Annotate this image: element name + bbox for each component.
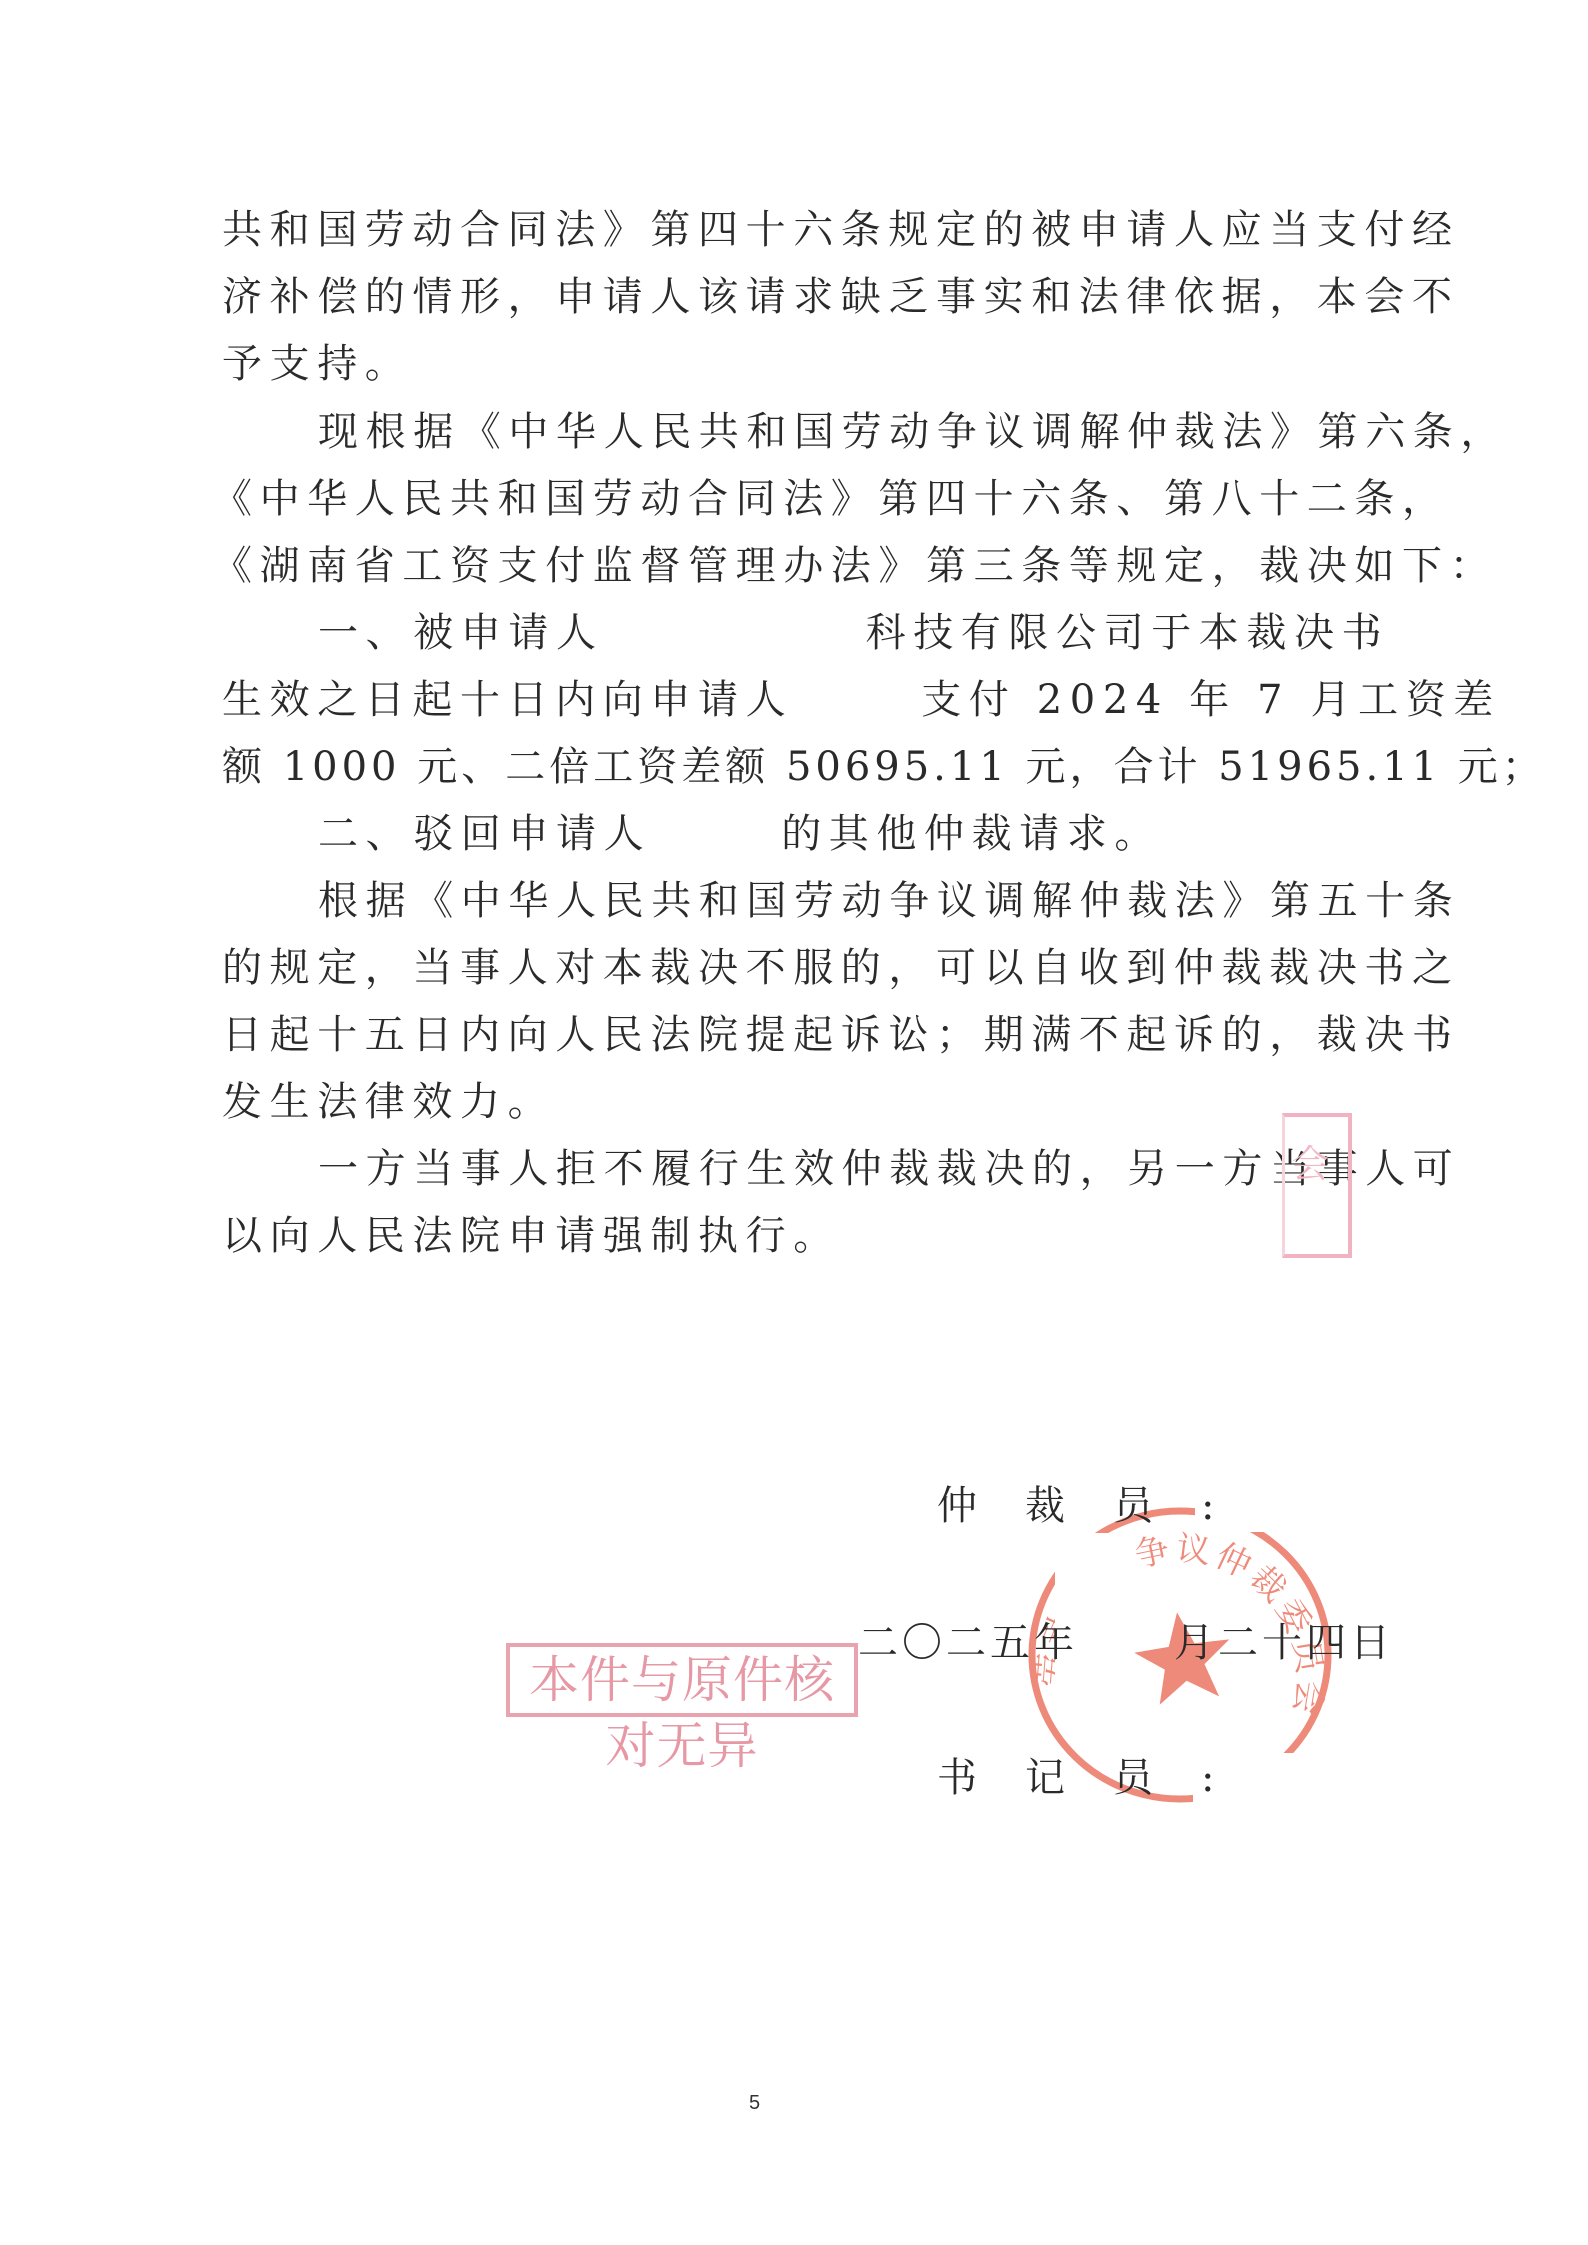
appeal-line: 的规定，当事人对本裁决不服的，可以自收到仲裁裁决书之 bbox=[222, 943, 1342, 993]
paragraph-line: 《湖南省工资支付监督管理办法》第三条等规定，裁决如下： bbox=[212, 541, 1332, 591]
paragraph-line: 现根据《中华人民共和国劳动争议调解仲裁法》第六条， bbox=[318, 407, 1438, 457]
paragraph-line: 《中华人民共和国劳动合同法》第四十六条、第八十二条， bbox=[212, 474, 1332, 524]
date-day: 月二十四日 bbox=[1174, 1620, 1394, 1666]
ruling-item-1-amounts: 额 1000 元、二倍工资差额 50695.11 元，合计 51965.11 元… bbox=[222, 742, 1342, 792]
paragraph-line: 予支持。 bbox=[222, 339, 1342, 389]
partial-seal-stamp: 会 bbox=[1282, 1113, 1352, 1258]
copy-verification-stamp: 本件与原件核对无异 bbox=[506, 1643, 858, 1717]
ruling-1-company-suffix: 科技有限公司于本裁决书 bbox=[866, 610, 1390, 656]
ruling-item-1: 一、被申请人科技有限公司于本裁决书 bbox=[318, 608, 1438, 658]
appeal-line: 日起十五日内向人民法院提起诉讼；期满不起诉的，裁决书 bbox=[222, 1010, 1342, 1060]
partial-seal-text: 会 bbox=[1291, 1133, 1329, 1188]
ruling-1-respondent-prefix: 一、被申请人 bbox=[318, 610, 604, 656]
ruling-item-1-line-2: 生效之日起十日内向申请人支付 2024 年 7 月工资差 bbox=[222, 675, 1342, 725]
paragraph-line: 共和国劳动合同法》第四十六条规定的被申请人应当支付经 bbox=[222, 205, 1342, 255]
paragraph-line: 济补偿的情形，申请人该请求缺乏事实和法律依据，本会不 bbox=[222, 272, 1342, 322]
arbitrator-signature-label: 仲裁员: bbox=[937, 1481, 1262, 1531]
date-year: 二〇二五年 bbox=[858, 1620, 1078, 1666]
ruling-2-suffix: 的其他仲裁请求。 bbox=[781, 811, 1162, 857]
ruling-1-line2-suffix: 支付 2024 年 7 月工资差 bbox=[921, 677, 1501, 723]
enforcement-line: 一方当事人拒不履行生效仲裁裁决的，另一方当事人可 bbox=[318, 1144, 1438, 1194]
redaction-block bbox=[1055, 1533, 1133, 1701]
clerk-signature-label: 书记员: bbox=[937, 1753, 1262, 1803]
enforcement-line: 以向人民法院申请强制执行。 bbox=[222, 1211, 1342, 1261]
ruling-1-line2-prefix: 生效之日起十日内向申请人 bbox=[222, 677, 793, 723]
ruling-2-prefix: 二、驳回申请人 bbox=[318, 811, 651, 857]
date-line: 二〇二五年月二十四日 bbox=[858, 1618, 1394, 1668]
appeal-line: 发生法律效力。 bbox=[222, 1077, 1342, 1127]
ruling-item-2: 二、驳回申请人的其他仲裁请求。 bbox=[318, 809, 1438, 859]
document-page: 共和国劳动合同法》第四十六条规定的被申请人应当支付经 济补偿的情形，申请人该请求… bbox=[0, 0, 1588, 2245]
appeal-line: 根据《中华人民共和国劳动争议调解仲裁法》第五十条 bbox=[318, 876, 1438, 926]
page-number: 5 bbox=[749, 2092, 760, 2115]
